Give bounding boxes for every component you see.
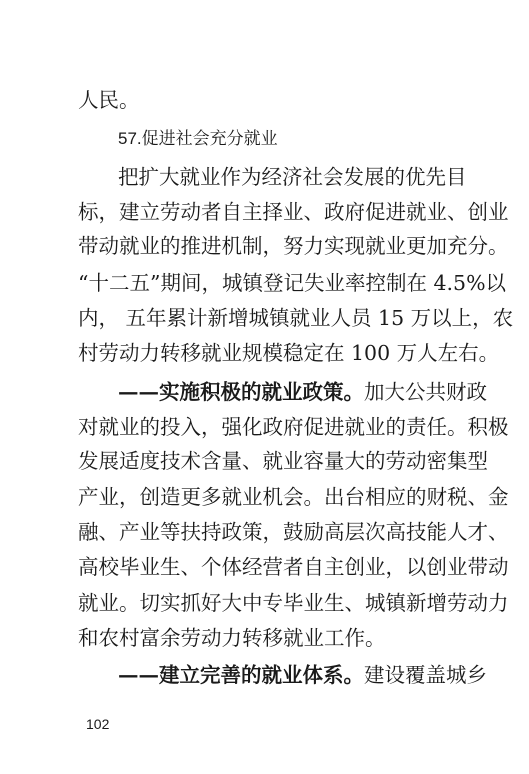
paragraph-line: 把扩大就业作为经济社会发展的优先目	[118, 165, 458, 189]
policy-paragraph-lead: ——实施积极的就业政策。加大公共财政	[118, 380, 458, 404]
bold-lead: ——建立完善的就业体系。	[118, 663, 364, 687]
paragraph-text: 加大公共财政	[364, 380, 487, 404]
paragraph-line: 就业。切实抓好大中专毕业生、城镇新增劳动力	[78, 591, 458, 615]
bold-lead: ——实施积极的就业政策。	[118, 380, 364, 404]
paragraph-text: 建设覆盖城乡	[364, 663, 487, 687]
section-title: 促进社会充分就业	[142, 129, 278, 149]
paragraph-line: 村劳动力转移就业规模稳定在 100 万人左右。	[78, 341, 458, 365]
paragraph-line: 融、产业等扶持政策，鼓励高层次高技能人才、	[78, 520, 458, 544]
paragraph-line: 和农村富余劳动力转移就业工作。	[78, 626, 458, 650]
paragraph-line: 人民。	[78, 88, 458, 112]
paragraph-line: 内， 五年累计新增城镇就业人员 15 万以上，农	[78, 306, 458, 330]
document-page: 人民。 57.促进社会充分就业 把扩大就业作为经济社会发展的优先目 标，建立劳动…	[0, 0, 529, 774]
paragraph-line: 带动就业的推进机制，努力实现就业更加充分。	[78, 234, 458, 258]
paragraph-line: 标，建立劳动者自主择业、政府促进就业、创业	[78, 200, 458, 224]
paragraph-line: 高校毕业生、个体经营者自主创业，以创业带动	[78, 555, 458, 579]
paragraph-line: 产业，创造更多就业机会。出台相应的财税、金	[78, 485, 458, 509]
page-number: 102	[86, 716, 109, 732]
paragraph-line: 发展适度技术含量、就业容量大的劳动密集型	[78, 449, 458, 473]
paragraph-line: 对就业的投入，强化政府促进就业的责任。积极	[78, 415, 458, 439]
section-number: 57.	[118, 129, 142, 148]
paragraph-line: “十二五”期间，城镇登记失业率控制在 4.5%以	[78, 271, 458, 295]
system-paragraph-lead: ——建立完善的就业体系。建设覆盖城乡	[118, 663, 458, 687]
section-heading: 57.促进社会充分就业	[118, 127, 278, 151]
